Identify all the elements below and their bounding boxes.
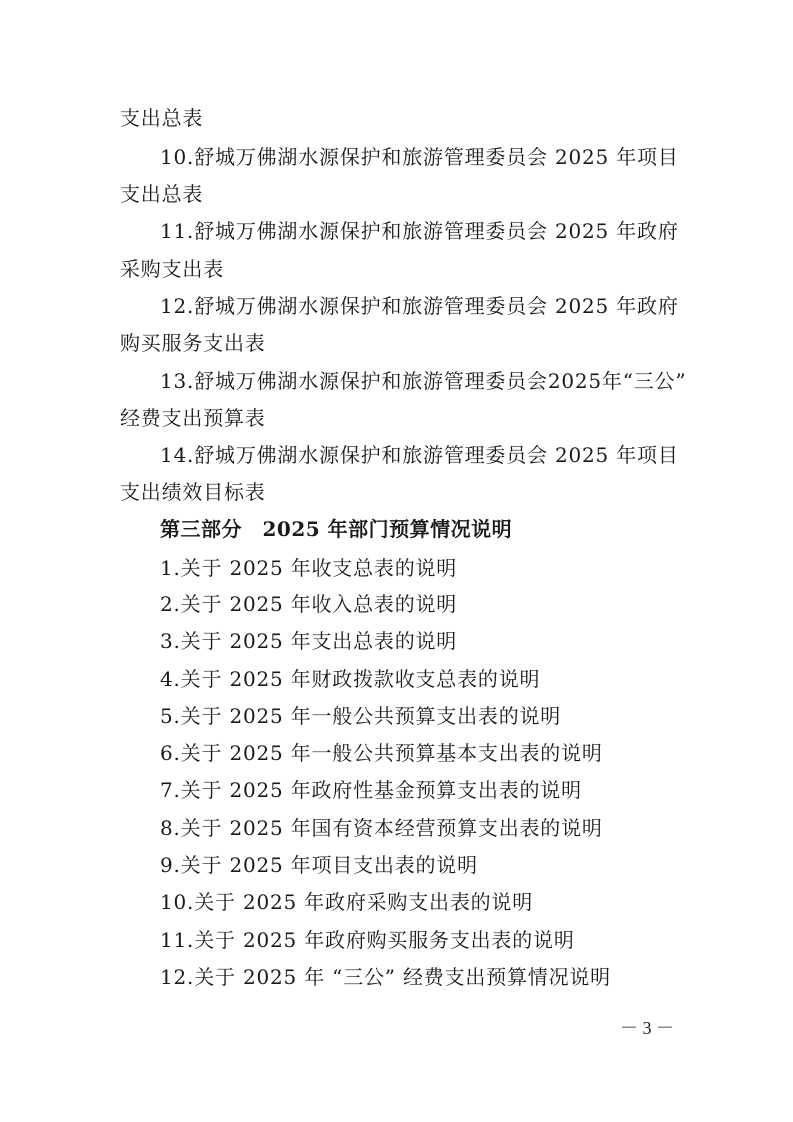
toc-number: 11. xyxy=(160,219,194,243)
page-number: － 3 － xyxy=(620,1016,674,1040)
part3-item: 8.关于 2025 年国有资本经营预算支出表的说明 xyxy=(160,816,603,840)
toc-number: 14. xyxy=(160,443,194,467)
toc-text: 舒城万佛湖水源保护和旅游管理委员会2025年“三公” xyxy=(194,369,686,393)
toc-text: 支出总表 xyxy=(120,182,203,206)
part3-item: 1.关于 2025 年收支总表的说明 xyxy=(160,556,457,580)
toc-text: 舒城万佛湖水源保护和旅游管理委员会 2025 年政府 xyxy=(194,294,678,318)
toc-text: 支出总表 xyxy=(120,106,203,130)
part3-item: 4.关于 2025 年财政拨款收支总表的说明 xyxy=(160,667,540,691)
toc-text: 采购支出表 xyxy=(120,257,224,281)
toc-item-11: 11.舒城万佛湖水源保护和旅游管理委员会 2025 年政府 xyxy=(160,219,679,243)
toc-number: 12. xyxy=(160,294,194,318)
toc-number: 10. xyxy=(160,145,194,169)
toc-line-continuation: 经费支出预算表 xyxy=(120,406,266,430)
toc-item-12: 12.舒城万佛湖水源保护和旅游管理委员会 2025 年政府 xyxy=(160,294,679,318)
part3-item: 6.关于 2025 年一般公共预算基本支出表的说明 xyxy=(160,741,603,765)
part3-item: 3.关于 2025 年支出总表的说明 xyxy=(160,629,457,653)
toc-text: 舒城万佛湖水源保护和旅游管理委员会 2025 年项目 xyxy=(194,145,678,169)
part3-heading: 第三部分 2025 年部门预算情况说明 xyxy=(160,517,512,541)
part3-item: 2.关于 2025 年收入总表的说明 xyxy=(160,592,457,616)
toc-item-10: 10.舒城万佛湖水源保护和旅游管理委员会 2025 年项目 xyxy=(160,145,679,169)
part3-item: 9.关于 2025 年项目支出表的说明 xyxy=(160,853,478,877)
toc-item-14: 14.舒城万佛湖水源保护和旅游管理委员会 2025 年项目 xyxy=(160,443,679,467)
toc-line-continuation: 购买服务支出表 xyxy=(120,331,266,355)
toc-line-continuation: 采购支出表 xyxy=(120,257,224,281)
part3-item: 7.关于 2025 年政府性基金预算支出表的说明 xyxy=(160,778,582,802)
toc-text: 经费支出预算表 xyxy=(120,406,266,430)
toc-text: 支出绩效目标表 xyxy=(120,480,266,504)
toc-line-continuation: 支出绩效目标表 xyxy=(120,480,266,504)
toc-line-continuation: 支出总表 xyxy=(120,106,203,130)
toc-text: 购买服务支出表 xyxy=(120,331,266,355)
part3-item: 12.关于 2025 年 “三公” 经费支出预算情况说明 xyxy=(160,965,611,989)
toc-text: 舒城万佛湖水源保护和旅游管理委员会 2025 年政府 xyxy=(194,219,678,243)
part3-item: 10.关于 2025 年政府采购支出表的说明 xyxy=(160,890,533,914)
toc-text: 舒城万佛湖水源保护和旅游管理委员会 2025 年项目 xyxy=(194,443,678,467)
part3-item: 11.关于 2025 年政府购买服务支出表的说明 xyxy=(160,928,575,952)
part3-item: 5.关于 2025 年一般公共预算支出表的说明 xyxy=(160,704,561,728)
toc-number: 13. xyxy=(160,369,194,393)
toc-item-13: 13.舒城万佛湖水源保护和旅游管理委员会2025年“三公” xyxy=(160,369,686,393)
toc-line-continuation: 支出总表 xyxy=(120,182,203,206)
document-page: 支出总表 10.舒城万佛湖水源保护和旅游管理委员会 2025 年项目 支出总表 … xyxy=(0,0,793,1122)
